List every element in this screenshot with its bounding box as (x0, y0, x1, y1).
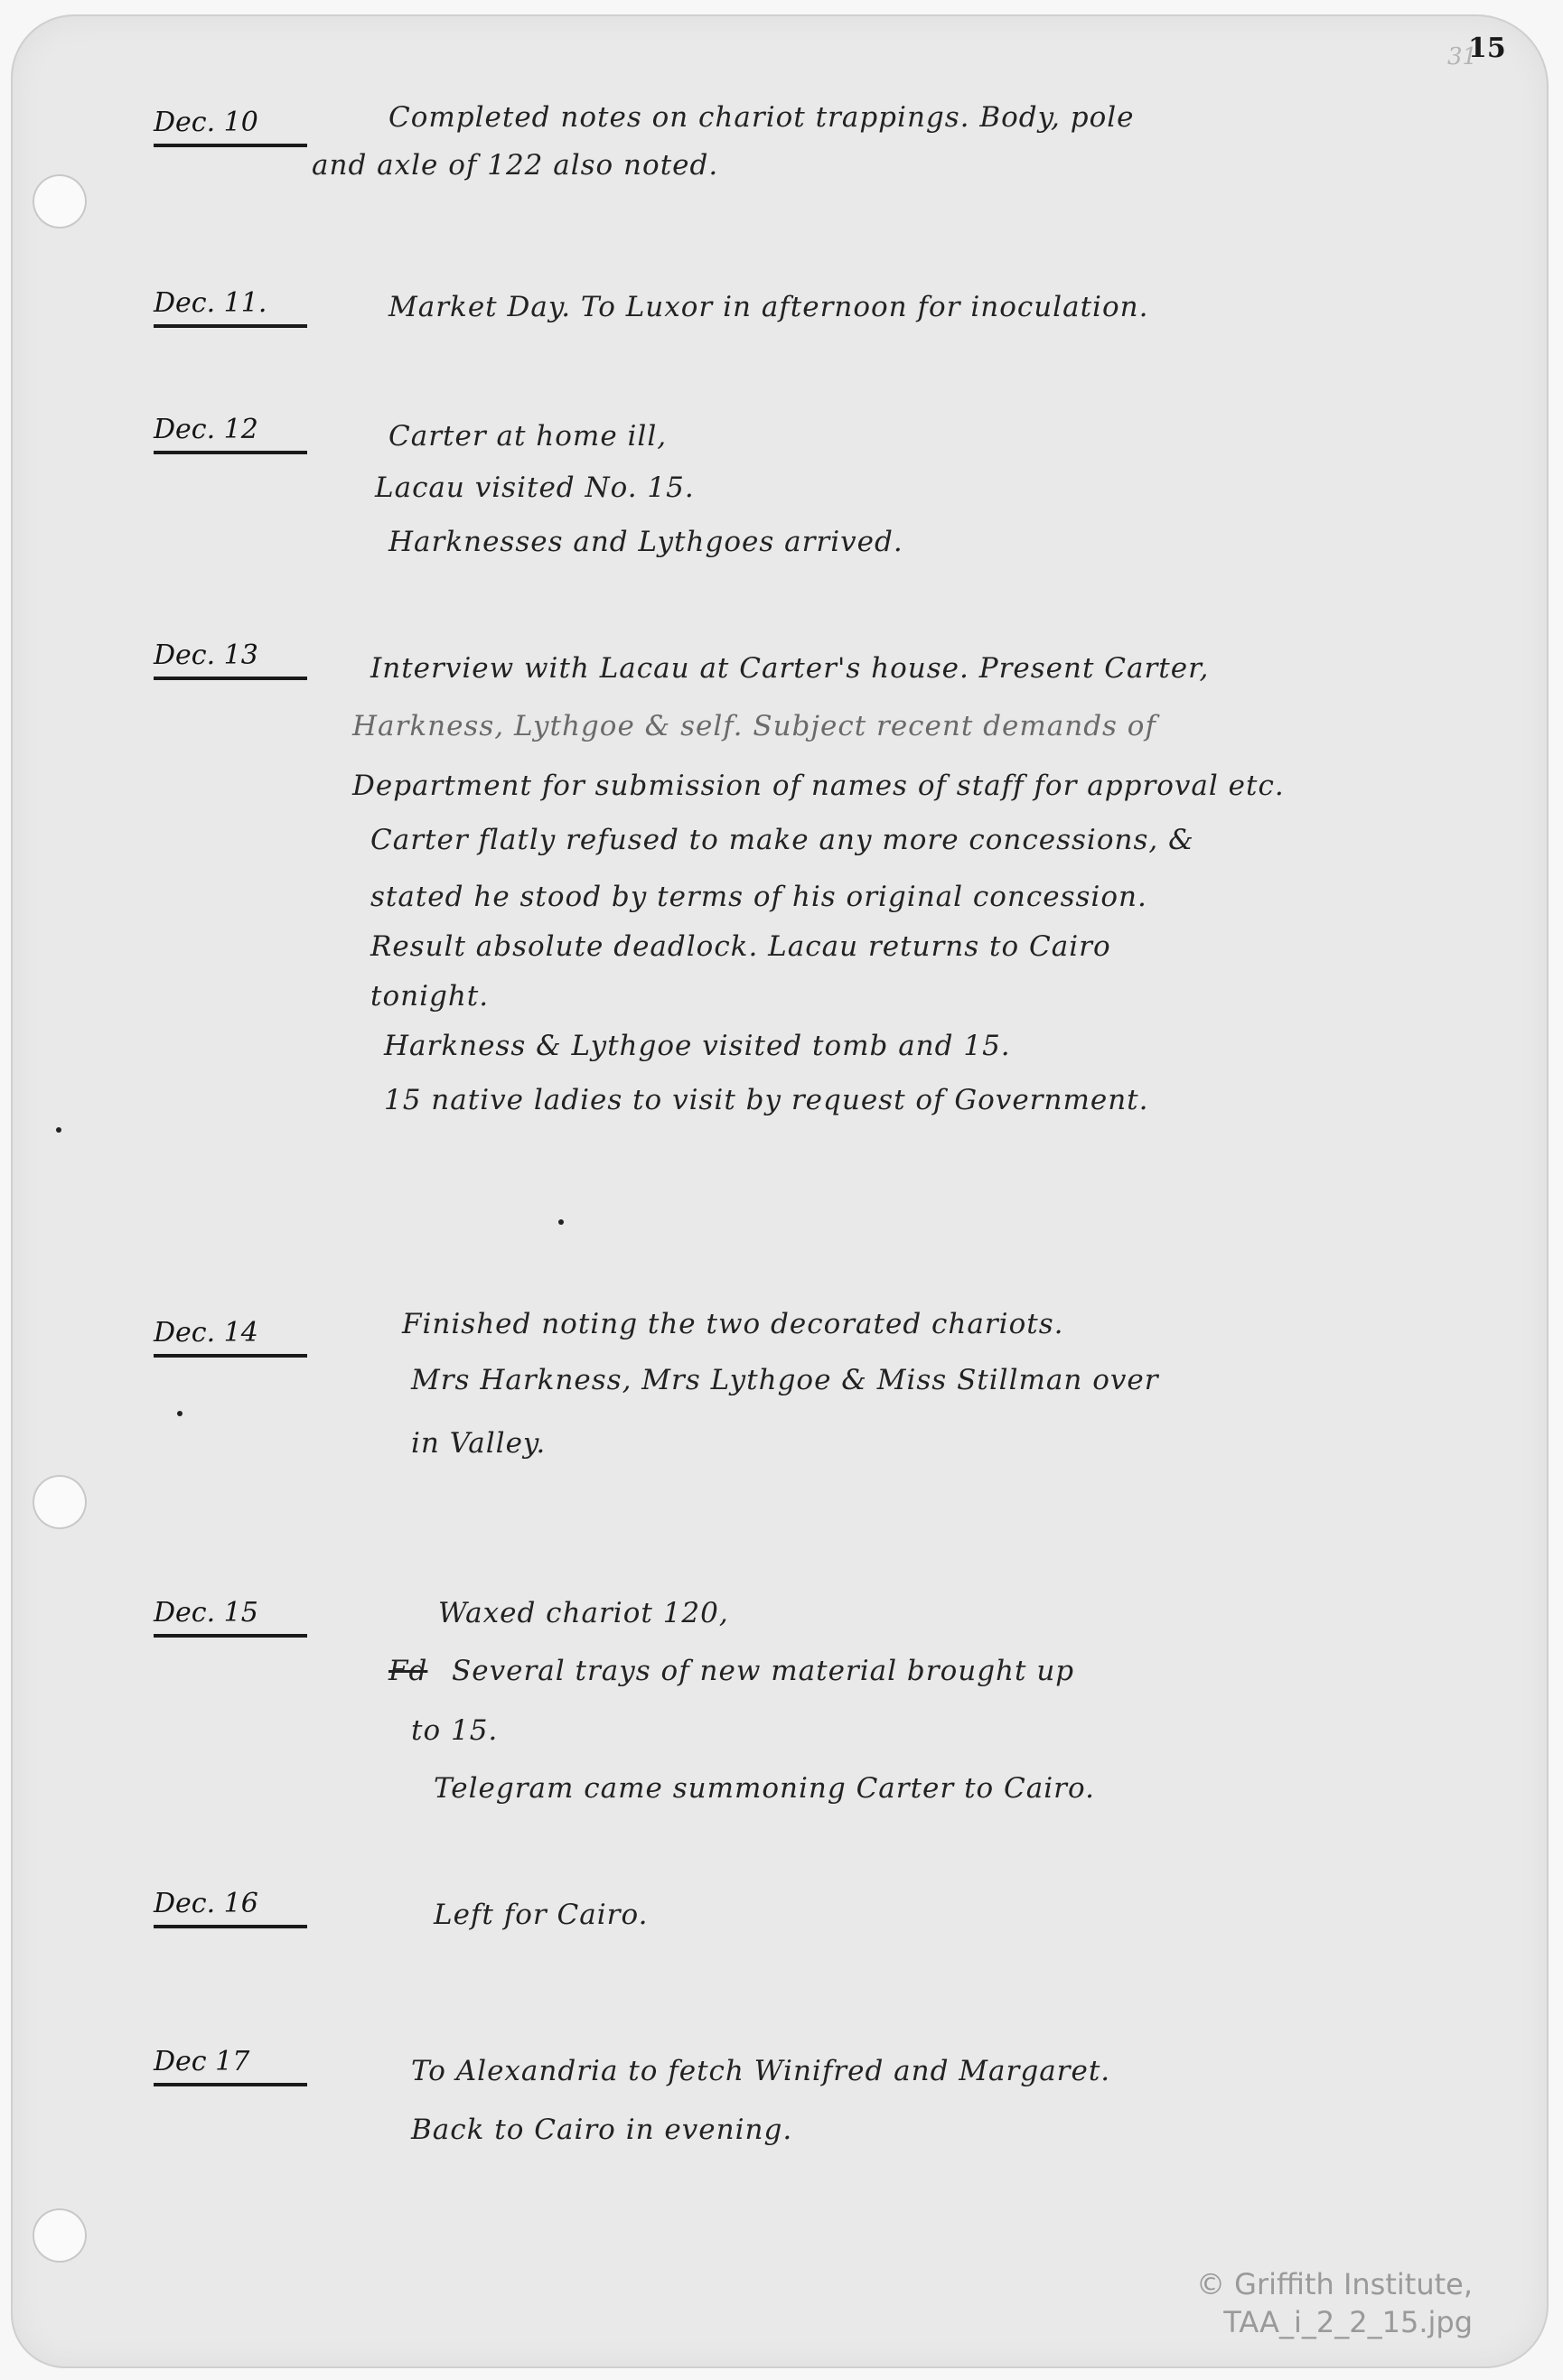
diary-page (11, 14, 1549, 2368)
copyright-watermark: © Griffith Institute, TAA_i_2_2_15.jpg (1165, 2265, 1473, 2341)
entry-date: Dec 17 (154, 2046, 307, 2086)
ink-speck (177, 1411, 183, 1416)
entry-line: Carter at home ill, (388, 420, 667, 453)
entry-line: stated he stood by terms of his original… (370, 881, 1147, 913)
entry-line: Left for Cairo. (434, 1899, 648, 1931)
entry-date: Dec. 15 (154, 1597, 307, 1638)
entry-line: 15 native ladies to visit by request of … (384, 1084, 1148, 1116)
entry-line: Harkness, Lythgoe & self. Subject recent… (352, 710, 1156, 742)
entry-line: Lacau visited No. 15. (375, 471, 695, 504)
entry-line: Department for submission of names of st… (352, 770, 1285, 802)
entry-line: Completed notes on chariot trappings. Bo… (388, 101, 1135, 134)
entry-line: Market Day. To Luxor in afternoon for in… (388, 291, 1148, 323)
punch-hole (33, 174, 87, 229)
entry-line: Carter flatly refused to make any more c… (370, 824, 1194, 856)
ink-speck (56, 1127, 61, 1133)
entry-line: Finished noting the two decorated chario… (402, 1308, 1063, 1340)
entry-line: Waxed chariot 120, (438, 1597, 729, 1629)
entry-line: to 15. (411, 1714, 498, 1747)
entry-line: Harkness & Lythgoe visited tomb and 15. (384, 1030, 1011, 1062)
entry-line: tonight. (370, 980, 489, 1013)
struck-word: Fd (388, 1655, 427, 1687)
entry-date: Dec. 11. (154, 287, 307, 328)
entry-date: Dec. 14 (154, 1317, 307, 1358)
entry-line: Harknesses and Lythgoes arrived. (388, 526, 903, 558)
page-number: 15 (1468, 33, 1506, 64)
entry-date: Dec. 12 (154, 414, 307, 454)
punch-hole (33, 2208, 87, 2263)
punch-hole (33, 1475, 87, 1529)
entry-line: and axle of 122 also noted. (312, 149, 718, 182)
entry-line: To Alexandria to fetch Winifred and Marg… (411, 2055, 1110, 2087)
entry-date: Dec. 13 (154, 639, 307, 680)
entry-date: Dec. 16 (154, 1888, 307, 1928)
entry-line: Mrs Harkness, Mrs Lythgoe & Miss Stillma… (411, 1364, 1159, 1396)
entry-line: Result absolute deadlock. Lacau returns … (370, 930, 1111, 963)
entry-line: Back to Cairo in evening. (411, 2114, 792, 2146)
watermark-line-1: © Griffith Institute, (1165, 2265, 1473, 2303)
entry-line: in Valley. (411, 1427, 546, 1460)
entry-line: Telegram came summoning Carter to Cairo. (434, 1772, 1095, 1805)
ink-speck (558, 1219, 564, 1225)
watermark-line-2: TAA_i_2_2_15.jpg (1165, 2303, 1473, 2341)
entry-line: Several trays of new material brought up (452, 1655, 1074, 1687)
entry-date: Dec. 10 (154, 107, 307, 147)
entry-line: Interview with Lacau at Carter's house. … (370, 652, 1209, 685)
